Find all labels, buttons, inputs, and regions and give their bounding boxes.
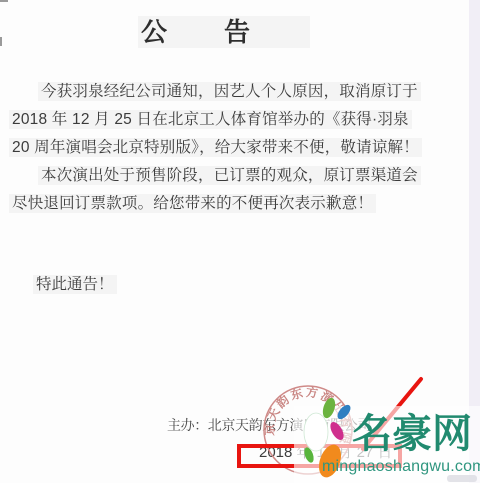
scan-speck (0, 37, 2, 46)
scan-speck (0, 0, 8, 2)
page-title: 公告 (138, 14, 310, 50)
body-line: 本次演出处于预售阶段，已订票的观众，原订票渠道会 (9, 162, 411, 190)
announcement-document: 公告 今获羽泉经纪公司通知，因艺人个人原因，取消原订于 2018 年 12 月 … (0, 0, 480, 483)
body-text: 今获羽泉经纪公司通知，因艺人个人原因，取消原订于 2018 年 12 月 25 … (9, 78, 411, 218)
watermark-site-name: 名豪网 (352, 409, 472, 459)
closing-statement: 特此通告！ (33, 272, 117, 298)
page-title-text: 公告 (138, 16, 310, 48)
scan-smudge (447, 475, 477, 482)
body-line: 20 周年演唱会北京特别版》，给大家带来不便，敬请谅解！ (9, 134, 411, 162)
body-line: 2018 年 12 月 25 日在北京工人体育馆举办的《获得·羽泉 (9, 106, 411, 134)
body-line: 尽快退回订票款项。给您带来的不便再次表示歉意！ (9, 190, 411, 218)
body-line: 今获羽泉经纪公司通知，因艺人个人原因，取消原订于 (9, 78, 411, 106)
watermark-site-url: minghaoshangwu.com (322, 457, 480, 477)
